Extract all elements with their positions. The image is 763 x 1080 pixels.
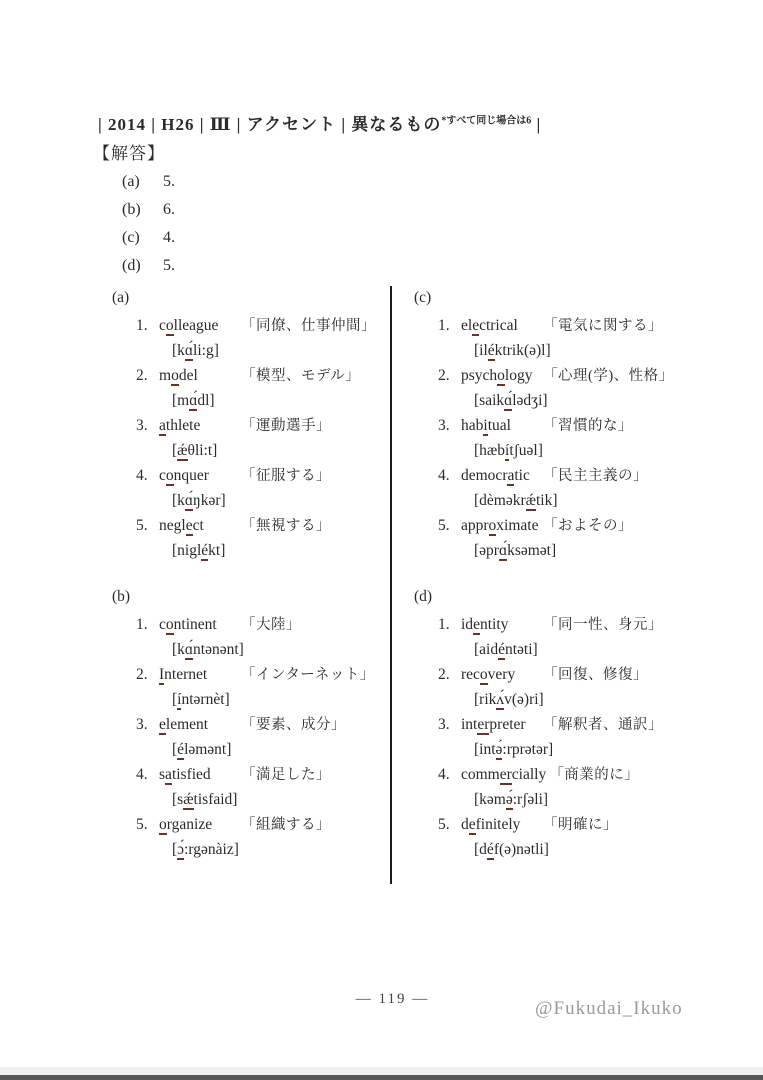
word-line: 4.commercially「商業的に」	[438, 762, 712, 787]
pron-post: ntənənt]	[193, 641, 244, 658]
word-entry: 4.conquer「征服する」[kɑ́ŋkər]	[112, 463, 390, 513]
pron-post: θli:t]	[188, 442, 218, 459]
word-entry: 1.electrical「電気に関する」[iléktrik(ə)l]	[414, 313, 712, 363]
pron-pre: [k	[172, 492, 185, 509]
accent-underline: ǽ	[183, 791, 193, 810]
pron-pre: [d	[474, 841, 487, 858]
pronunciation: [éləmənt]	[172, 737, 390, 762]
pronunciation: [kɑ́ŋkər]	[172, 488, 390, 513]
word-post: lleague	[174, 317, 219, 334]
answer-value: 5.	[163, 252, 175, 280]
word-post: tual	[488, 417, 511, 434]
word-entry: 5.approximate「およその」[əprɑ́ksəmət]	[414, 513, 712, 563]
accent-underline: é	[498, 641, 505, 660]
pronunciation: [íntərnèt]	[172, 687, 390, 712]
accent-underline: a	[165, 766, 172, 785]
item-number: 2.	[136, 363, 159, 388]
word-entry: 4.commercially「商業的に」[kəmə́:rʃəli]	[414, 762, 712, 812]
word-post: preter	[489, 716, 525, 733]
meaning-japanese: 「要素、成分」	[241, 713, 346, 738]
word-pre: c	[159, 467, 166, 484]
title-tail: |	[531, 115, 541, 134]
pronunciation: [ɔ́:rgənàiz]	[172, 837, 390, 862]
meaning-japanese: 「運動選手」	[241, 414, 331, 439]
word-entry: 5.neglect「無視する」[niglékt]	[112, 513, 390, 563]
word-pre: d	[461, 816, 469, 833]
accent-underline: o	[166, 467, 174, 486]
accent-underline: o	[497, 367, 505, 386]
accent-underline: o	[166, 616, 174, 635]
word-entry: 4.satisfied「満足した」[sǽtisfaid]	[112, 762, 390, 812]
word-line: 1.electrical「電気に関する」	[438, 313, 712, 338]
word-line: 1.identity「同一性、身元」	[438, 612, 712, 637]
pron-post: ntəti]	[505, 641, 538, 658]
meaning-japanese: 「回復、修復」	[543, 663, 648, 688]
item-number: 2.	[438, 363, 461, 388]
pron-post: ləmənt]	[184, 741, 231, 758]
section-c: (c)1.electrical「電気に関する」[iléktrik(ə)l]2.p…	[414, 286, 712, 563]
section-label: (b)	[112, 585, 390, 612]
word-entry: 2.recovery「回復、修復」[rikʌ́v(ə)ri]	[414, 662, 712, 712]
word-post: lement	[166, 716, 208, 733]
pron-post: tisfaid]	[194, 791, 238, 808]
word: habitual	[461, 413, 540, 438]
item-number: 4.	[136, 762, 159, 787]
answer-heading: 【解答】	[93, 139, 165, 164]
word-post: thlete	[166, 417, 200, 434]
item-number: 4.	[438, 762, 461, 787]
word-line: 3.element「要素、成分」	[136, 712, 390, 737]
item-number: 4.	[136, 463, 159, 488]
pronunciation: [aidéntəti]	[474, 637, 712, 662]
answer-label: (a)	[122, 168, 163, 196]
word-pre: rec	[461, 666, 480, 683]
item-number: 2.	[136, 662, 159, 687]
accent-underline: ʌ́	[496, 691, 504, 710]
word-line: 5.neglect「無視する」	[136, 513, 390, 538]
word: neglect	[159, 513, 238, 538]
accent-underline: ɑ́	[185, 492, 193, 511]
item-number: 1.	[438, 313, 461, 338]
answer-row-a: (a)5.	[122, 168, 175, 196]
pron-pre: [il	[474, 342, 488, 359]
accent-underline: o	[159, 816, 167, 835]
accent-underline: e	[469, 816, 476, 835]
pronunciation: [déf(ə)nətli]	[474, 837, 712, 862]
pron-post: tik]	[536, 492, 558, 509]
word: organize	[159, 812, 238, 837]
item-number: 2.	[438, 662, 461, 687]
column-right: (c)1.electrical「電気に関する」[iléktrik(ə)l]2.p…	[392, 286, 712, 884]
title-note-superscript: *すべて同じ場合は6	[441, 115, 531, 126]
answer-label: (b)	[122, 196, 163, 224]
pronunciation: [niglékt]	[172, 538, 390, 563]
word-entry: 3.habitual「習慣的な」[hæbítʃuəl]	[414, 413, 712, 463]
word-list-columns: (a)1.colleague「同僚、仕事仲間」[kɑ́li:g]2.model「…	[112, 286, 712, 884]
word-post: ntinent	[174, 616, 217, 633]
pron-pre: [aid	[474, 641, 498, 658]
item-number: 5.	[438, 513, 461, 538]
accent-underline: ə́	[506, 791, 513, 810]
section-b: (b)1.continent「大陸」[kɑ́ntənənt]2.Internet…	[112, 585, 390, 862]
word-post: del	[179, 367, 198, 384]
pron-post: tʃuəl]	[509, 442, 543, 459]
title-line: | 2014 | H26 | Ⅲ | アクセント | 異なるもの*すべて同じ場合…	[98, 110, 541, 135]
word-post: tisfied	[172, 766, 211, 783]
word: approximate	[461, 513, 540, 538]
accent-underline: ǽ	[177, 442, 187, 461]
word-entry: 3.athlete「運動選手」[ǽθli:t]	[112, 413, 390, 463]
pronunciation: [ǽθli:t]	[172, 438, 390, 463]
accent-underline: o	[171, 367, 179, 386]
pron-pre: [k	[172, 342, 185, 359]
word-pre: id	[461, 616, 473, 633]
accent-underline: er	[477, 716, 489, 735]
pronunciation: [kɑ́li:g]	[172, 338, 390, 363]
answer-row-d: (d)5.	[122, 252, 175, 280]
word-post: logy	[505, 367, 533, 384]
word-post: rganize	[167, 816, 212, 833]
meaning-japanese: 「征服する」	[241, 464, 331, 489]
word: psychology	[461, 363, 540, 388]
word-line: 5.approximate「およその」	[438, 513, 712, 538]
answer-row-b: (b)6.	[122, 196, 175, 224]
word-pre: c	[159, 616, 166, 633]
item-number: 4.	[438, 463, 461, 488]
meaning-japanese: 「習慣的な」	[543, 414, 633, 439]
word-post: ntity	[480, 616, 508, 633]
accent-underline: ɑ́	[185, 342, 193, 361]
scan-edge-light	[0, 1067, 763, 1075]
section-label: (d)	[414, 585, 712, 612]
item-number: 3.	[438, 413, 461, 438]
accent-underline: o	[166, 317, 174, 336]
accent-underline: er	[500, 766, 512, 785]
pron-post: ktrik(ə)l]	[495, 342, 551, 359]
word-post: tic	[514, 467, 530, 484]
pronunciation: [kɑ́ntənənt]	[172, 637, 390, 662]
word-pre: m	[159, 367, 171, 384]
pronunciation: [intə́:rprətər]	[474, 737, 712, 762]
word: electrical	[461, 313, 540, 338]
word: satisfied	[159, 762, 238, 787]
item-number: 5.	[136, 812, 159, 837]
meaning-japanese: 「満足した」	[241, 763, 331, 788]
item-number: 5.	[438, 812, 461, 837]
column-left: (a)1.colleague「同僚、仕事仲間」[kɑ́li:g]2.model「…	[112, 286, 390, 884]
word-entry: 3.element「要素、成分」[éləmənt]	[112, 712, 390, 762]
pron-post: dl]	[197, 392, 214, 409]
word-post: ct	[193, 517, 204, 534]
meaning-japanese: 「無視する」	[241, 514, 331, 539]
answer-value: 5.	[163, 168, 175, 196]
word-entry: 2.Internet「インターネット」[íntərnèt]	[112, 662, 390, 712]
word-line: 5.organize「組織する」	[136, 812, 390, 837]
pron-post: kt]	[208, 542, 225, 559]
pronunciation: [saikɑ́lədʒi]	[474, 388, 712, 413]
accent-underline: é	[487, 841, 494, 860]
word: commercially	[461, 762, 546, 787]
word-pre: psych	[461, 367, 497, 384]
pron-pre: [nigl	[172, 542, 201, 559]
word-entry: 2.psychology「心理(学)、性格」[saikɑ́lədʒi]	[414, 363, 712, 413]
word-pre: int	[461, 716, 477, 733]
accent-underline: e	[159, 716, 166, 735]
pron-post: li:g]	[193, 342, 219, 359]
accent-underline: a	[159, 417, 166, 436]
word-line: 3.habitual「習慣的な」	[438, 413, 712, 438]
answers-block: (a)5. (b)6. (c)4. (d)5.	[122, 168, 175, 280]
word-entry: 1.continent「大陸」[kɑ́ntənənt]	[112, 612, 390, 662]
pronunciation: [sǽtisfaid]	[172, 787, 390, 812]
pron-pre: [saik	[474, 392, 504, 409]
pron-post: v(ə)ri]	[504, 691, 544, 708]
pron-pre: [kəm	[474, 791, 506, 808]
accent-underline: o	[480, 666, 488, 685]
pron-pre: [s	[172, 791, 183, 808]
pronunciation: [mɑ́dl]	[172, 388, 390, 413]
word-pre: democr	[461, 467, 507, 484]
pron-pre: [rik	[474, 691, 496, 708]
word-pre: hab	[461, 417, 483, 434]
section-label: (c)	[414, 286, 712, 313]
title-main: | 2014 | H26 | Ⅲ | アクセント | 異なるもの	[98, 115, 441, 134]
word-line: 2.model「模型、モデル」	[136, 363, 390, 388]
pron-post: :rprətər]	[502, 741, 553, 758]
pronunciation: [rikʌ́v(ə)ri]	[474, 687, 712, 712]
meaning-japanese: 「商業的に」	[549, 763, 639, 788]
word-line: 2.Internet「インターネット」	[136, 662, 390, 687]
pron-pre: [dèməkr	[474, 492, 526, 509]
word-line: 4.democratic「民主主義の」	[438, 463, 712, 488]
pron-pre: [int	[474, 741, 496, 758]
word-pre: negl	[159, 517, 186, 534]
answer-row-c: (c)4.	[122, 224, 175, 252]
pron-post: ksəmət]	[507, 542, 556, 559]
accent-underline: ɑ́	[499, 542, 507, 561]
word-pre: appr	[461, 517, 489, 534]
scan-edge-dark	[0, 1075, 763, 1080]
meaning-japanese: 「大陸」	[241, 613, 301, 638]
word-entry: 5.definitely「明確に」[déf(ə)nətli]	[414, 812, 712, 862]
word-line: 4.conquer「征服する」	[136, 463, 390, 488]
twitter-handle: @Fukudai_Ikuko	[535, 998, 683, 1020]
word: athlete	[159, 413, 238, 438]
pronunciation: [kəmə́:rʃəli]	[474, 787, 712, 812]
word-post: nternet	[164, 666, 207, 683]
word: model	[159, 363, 238, 388]
meaning-japanese: 「電気に関する」	[543, 314, 663, 339]
pron-pre: [əpr	[474, 542, 499, 559]
accent-underline: e	[473, 616, 480, 635]
item-number: 1.	[136, 612, 159, 637]
pron-pre: [hæb	[474, 442, 505, 459]
word-line: 3.athlete「運動選手」	[136, 413, 390, 438]
answer-label: (c)	[122, 224, 163, 252]
pronunciation: [iléktrik(ə)l]	[474, 338, 712, 363]
word-line: 3.interpreter「解釈者、通訳」	[438, 712, 712, 737]
item-number: 3.	[136, 413, 159, 438]
pron-post: lədʒi]	[512, 392, 547, 409]
answer-value: 4.	[163, 224, 175, 252]
item-number: 3.	[438, 712, 461, 737]
word-post: ximate	[496, 517, 538, 534]
word-entry: 5.organize「組織する」[ɔ́:rgənàiz]	[112, 812, 390, 862]
word: colleague	[159, 313, 238, 338]
word-post: ctrical	[479, 317, 518, 334]
word-post: very	[488, 666, 516, 683]
word: element	[159, 712, 238, 737]
word: interpreter	[461, 712, 540, 737]
word: continent	[159, 612, 238, 637]
accent-underline: ɑ́	[185, 641, 193, 660]
item-number: 3.	[136, 712, 159, 737]
answer-label: (d)	[122, 252, 163, 280]
accent-underline: e	[186, 517, 193, 536]
pronunciation: [dèməkrǽtik]	[474, 488, 712, 513]
accent-underline: ǽ	[526, 492, 536, 511]
pron-post: :rgənàiz]	[184, 841, 239, 858]
pron-post: ntərnèt]	[181, 691, 229, 708]
meaning-japanese: 「解釈者、通訳」	[543, 713, 663, 738]
word: recovery	[461, 662, 540, 687]
section-d: (d)1.identity「同一性、身元」[aidéntəti]2.recove…	[414, 585, 712, 862]
meaning-japanese: 「同僚、仕事仲間」	[241, 314, 376, 339]
meaning-japanese: 「およその」	[543, 514, 633, 539]
pron-pre: [m	[172, 392, 189, 409]
pronunciation: [hæbítʃuəl]	[474, 438, 712, 463]
pron-pre: [k	[172, 641, 185, 658]
section-a: (a)1.colleague「同僚、仕事仲間」[kɑ́li:g]2.model「…	[112, 286, 390, 563]
word-post: finitely	[476, 816, 521, 833]
meaning-japanese: 「明確に」	[543, 813, 618, 838]
word: conquer	[159, 463, 238, 488]
page-number: — 119 —	[330, 991, 455, 1008]
meaning-japanese: 「心理(学)、性格」	[543, 364, 674, 389]
word: definitely	[461, 812, 540, 837]
word-line: 1.colleague「同僚、仕事仲間」	[136, 313, 390, 338]
word: identity	[461, 612, 540, 637]
word-entry: 1.colleague「同僚、仕事仲間」[kɑ́li:g]	[112, 313, 390, 363]
word-line: 4.satisfied「満足した」	[136, 762, 390, 787]
item-number: 5.	[136, 513, 159, 538]
pron-post: ŋkər]	[193, 492, 226, 509]
answer-value: 6.	[163, 196, 175, 224]
word: democratic	[461, 463, 540, 488]
meaning-japanese: 「インターネット」	[241, 663, 375, 688]
word-line: 1.continent「大陸」	[136, 612, 390, 637]
word-post: nquer	[174, 467, 209, 484]
pronunciation: [əprɑ́ksəmət]	[474, 538, 712, 563]
word-post: cially	[512, 766, 546, 783]
meaning-japanese: 「模型、モデル」	[241, 364, 360, 389]
meaning-japanese: 「組織する」	[241, 813, 331, 838]
accent-underline: é	[488, 342, 495, 361]
pron-post: :rʃəli]	[513, 791, 548, 808]
word-pre: c	[159, 317, 166, 334]
item-number: 1.	[136, 313, 159, 338]
word-pre: comm	[461, 766, 500, 783]
item-number: 1.	[438, 612, 461, 637]
word-entry: 1.identity「同一性、身元」[aidéntəti]	[414, 612, 712, 662]
section-label: (a)	[112, 286, 390, 313]
pron-post: f(ə)nətli]	[494, 841, 549, 858]
word-line: 5.definitely「明確に」	[438, 812, 712, 837]
word-line: 2.recovery「回復、修復」	[438, 662, 712, 687]
word-pre: el	[461, 317, 472, 334]
meaning-japanese: 「民主主義の」	[543, 464, 648, 489]
word-entry: 4.democratic「民主主義の」[dèməkrǽtik]	[414, 463, 712, 513]
word: Internet	[159, 662, 238, 687]
word-entry: 3.interpreter「解釈者、通訳」[intə́:rprətər]	[414, 712, 712, 762]
word-entry: 2.model「模型、モデル」[mɑ́dl]	[112, 363, 390, 413]
meaning-japanese: 「同一性、身元」	[543, 613, 663, 638]
word-line: 2.psychology「心理(学)、性格」	[438, 363, 712, 388]
